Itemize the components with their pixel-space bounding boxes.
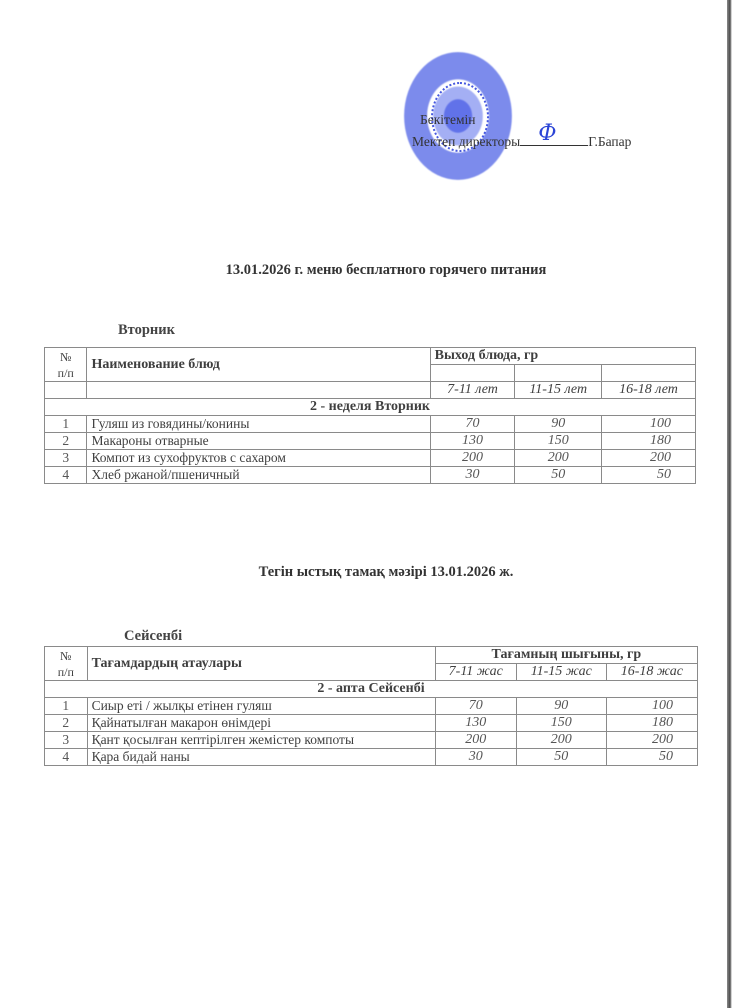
portion-value: 150 [515, 433, 602, 450]
portion-value: 200 [435, 732, 516, 749]
row-number: 1 [45, 698, 88, 715]
approval-block: Бекітемін Мектеп директорыФГ.Бапар [412, 112, 631, 150]
row-number: 2 [45, 715, 88, 732]
age-group-header: 7-11 лет [430, 382, 515, 399]
table-row: 3 Қант қосылған кептірілген жемістер ком… [45, 732, 698, 749]
age-group-header: 11-15 лет [515, 382, 602, 399]
blank-cell [602, 365, 696, 382]
dish-name: Қайнатылған макарон өнімдері [87, 715, 435, 732]
portion-value: 200 [602, 450, 696, 467]
table-row: 2 Қайнатылған макарон өнімдері 130 150 1… [45, 715, 698, 732]
portion-value: 30 [435, 749, 516, 766]
portion-value: 70 [435, 698, 516, 715]
director-label: Мектеп директоры [412, 134, 520, 149]
portion-value: 180 [602, 433, 696, 450]
dish-name: Сиыр еті / жылқы етінен гуляш [87, 698, 435, 715]
table-row: 2 Макароны отварные 130 150 180 [45, 433, 696, 450]
col-num-header: №п/п [45, 647, 88, 681]
row-number: 4 [45, 749, 88, 766]
blank-cell [87, 382, 430, 399]
portion-value: 130 [435, 715, 516, 732]
week-row: 2 - неделя Вторник [45, 399, 696, 416]
portion-value: 70 [430, 416, 515, 433]
menu-table-ru: №п/п Наименование блюд Выход блюда, гр 7… [44, 347, 696, 484]
table-row: 4 Хлеб ржаной/пшеничный 30 50 50 [45, 467, 696, 484]
col-output-header: Тағамның шығыны, гр [435, 647, 697, 664]
dish-name: Макароны отварные [87, 433, 430, 450]
age-group-header: 11-15 жас [516, 664, 606, 681]
blank-cell [45, 382, 87, 399]
signature-line: Ф [520, 133, 588, 146]
col-output-header: Выход блюда, гр [430, 348, 695, 365]
portion-value: 90 [516, 698, 606, 715]
day-label-ru: Вторник [118, 322, 175, 339]
week-row: 2 - апта Сейсенбі [45, 681, 698, 698]
row-number: 4 [45, 467, 87, 484]
dish-name: Компот из сухофруктов с сахаром [87, 450, 430, 467]
row-number: 3 [45, 450, 87, 467]
portion-value: 200 [516, 732, 606, 749]
col-name-header: Тағамдардың атаулары [87, 647, 435, 681]
menu-table-kz: №п/п Тағамдардың атаулары Тағамның шығын… [44, 646, 698, 766]
portion-value: 130 [430, 433, 515, 450]
director-name: Г.Бапар [588, 134, 631, 149]
menu-title-kz: Тегін ыстық тамақ мәзірі 13.01.2026 ж. [20, 564, 732, 581]
row-number: 3 [45, 732, 88, 749]
table-row: 1 Гуляш из говядины/конины 70 90 100 [45, 416, 696, 433]
portion-value: 150 [516, 715, 606, 732]
portion-value: 50 [515, 467, 602, 484]
table-row: 1 Сиыр еті / жылқы етінен гуляш 70 90 10… [45, 698, 698, 715]
blank-cell [430, 365, 515, 382]
portion-value: 100 [602, 416, 696, 433]
menu-title-ru: 13.01.2026 г. меню бесплатного горячего … [20, 262, 732, 279]
portion-value: 100 [606, 698, 697, 715]
portion-value: 50 [606, 749, 697, 766]
portion-value: 50 [602, 467, 696, 484]
row-number: 1 [45, 416, 87, 433]
row-number: 2 [45, 433, 87, 450]
table-row: 4 Қара бидай наны 30 50 50 [45, 749, 698, 766]
dish-name: Гуляш из говядины/конины [87, 416, 430, 433]
portion-value: 90 [515, 416, 602, 433]
table-row: 3 Компот из сухофруктов с сахаром 200 20… [45, 450, 696, 467]
portion-value: 200 [606, 732, 697, 749]
col-name-header: Наименование блюд [87, 348, 430, 382]
dish-name: Қант қосылған кептірілген жемістер компо… [87, 732, 435, 749]
portion-value: 180 [606, 715, 697, 732]
col-num-header: №п/п [45, 348, 87, 382]
portion-value: 200 [430, 450, 515, 467]
portion-value: 200 [515, 450, 602, 467]
blank-cell [515, 365, 602, 382]
portion-value: 50 [516, 749, 606, 766]
scan-edge [727, 0, 732, 1008]
age-group-header: 7-11 жас [435, 664, 516, 681]
dish-name: Хлеб ржаной/пшеничный [87, 467, 430, 484]
approved-label: Бекітемін [412, 112, 631, 128]
age-group-header: 16-18 жас [606, 664, 697, 681]
day-label-kz: Сейсенбі [124, 628, 182, 645]
portion-value: 30 [430, 467, 515, 484]
dish-name: Қара бидай наны [87, 749, 435, 766]
director-line: Мектеп директорыФГ.Бапар [412, 133, 631, 150]
signature: Ф [538, 121, 556, 146]
age-group-header: 16-18 лет [602, 382, 696, 399]
